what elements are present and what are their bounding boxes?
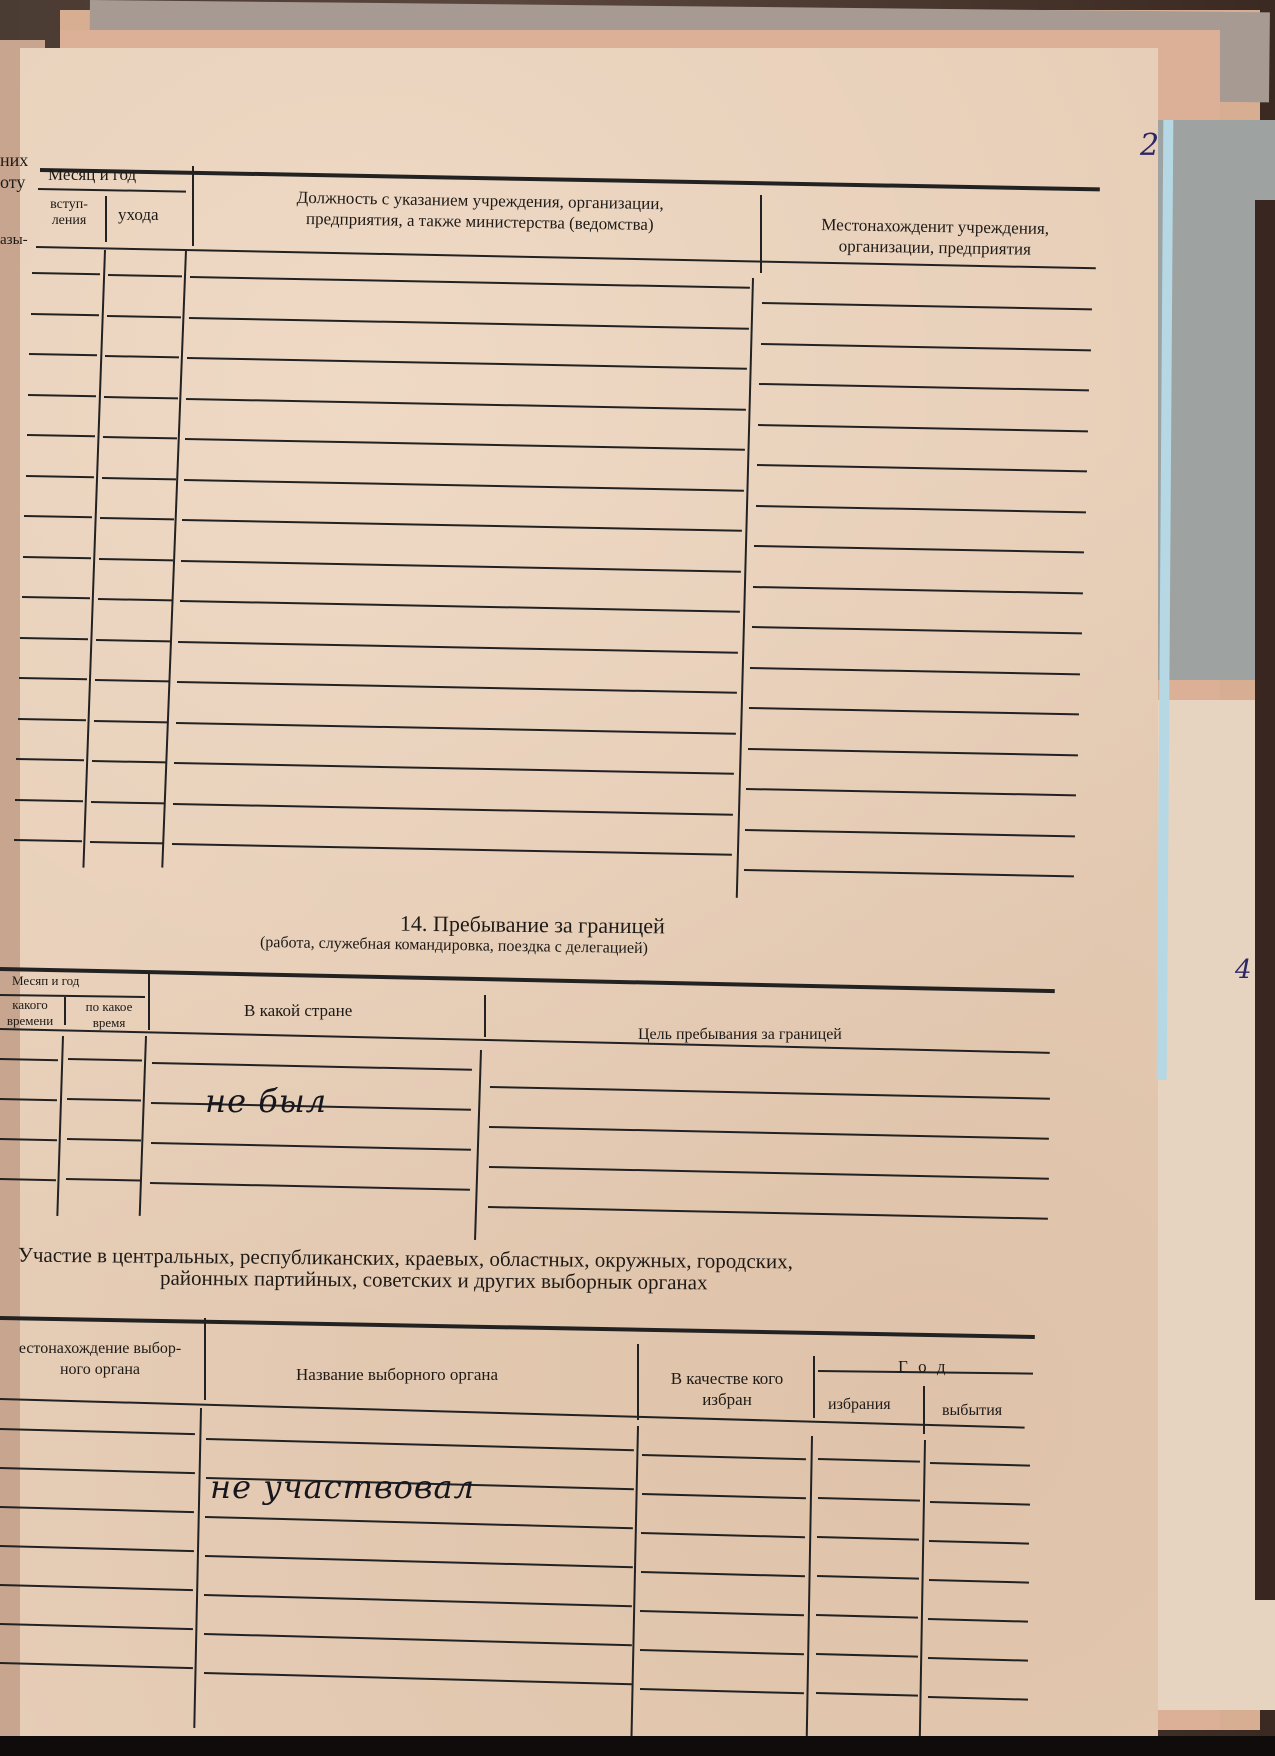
side-number: 4 bbox=[1235, 955, 1252, 985]
header-country: В какой стране bbox=[244, 1000, 352, 1021]
header-year: Г о д bbox=[898, 1356, 948, 1377]
header-month-year-14: Месяп и год bbox=[12, 973, 79, 989]
page-number: 2 bbox=[1140, 128, 1159, 163]
side-mark-2: оту bbox=[0, 172, 25, 193]
header-leave: ухода bbox=[118, 204, 159, 225]
header-location: Местонахожденит учреждения, организации,… bbox=[770, 213, 1101, 261]
side-mark-1: ниx bbox=[0, 150, 28, 171]
scan-bottom-edge bbox=[0, 1736, 1275, 1756]
header-elective-location: естонахождение выбор- ного органа bbox=[0, 1338, 200, 1380]
header-to: по какое время bbox=[72, 999, 146, 1031]
header-purpose: Цель пребывания за границей bbox=[638, 1024, 842, 1045]
header-role: В качестве кого избран bbox=[648, 1368, 806, 1410]
handwritten-country-entry: не был bbox=[205, 1082, 327, 1120]
form-page bbox=[20, 48, 1158, 1748]
side-mark-3: азы- bbox=[0, 232, 28, 249]
header-entry: вступ- ления bbox=[38, 197, 100, 229]
header-year-left: выбытия bbox=[942, 1400, 1002, 1421]
handwritten-elective-entry: не участвовал bbox=[210, 1468, 475, 1506]
header-from: какого времени bbox=[0, 997, 60, 1029]
folder-edge bbox=[1255, 200, 1275, 1600]
header-elective-name: Название выборного органа bbox=[296, 1364, 498, 1385]
header-year-elected: избрания bbox=[828, 1394, 891, 1415]
section-14-title: 14. Пребывание за границей bbox=[400, 911, 665, 940]
section-15-title-line2: районных партийных, советских и других в… bbox=[160, 1266, 708, 1296]
header-month-year: Месяц и год bbox=[48, 164, 136, 185]
